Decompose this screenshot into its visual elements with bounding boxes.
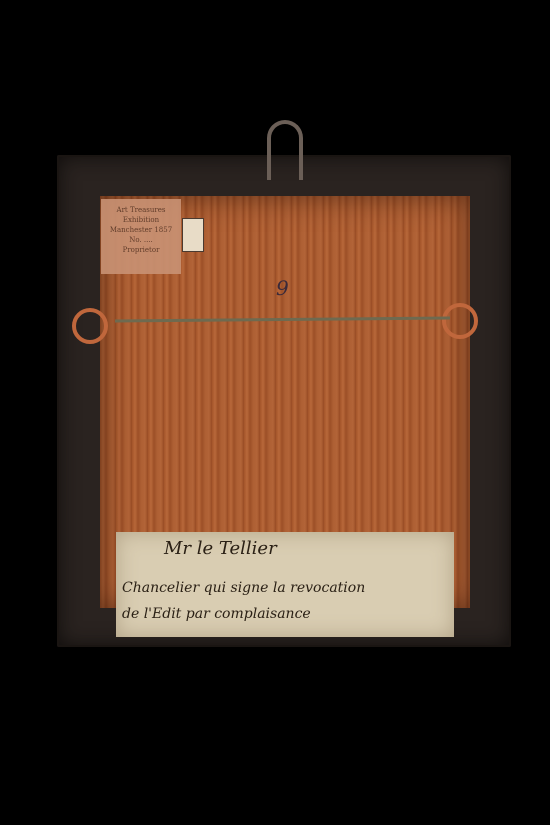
- right-ring-icon: [442, 303, 478, 339]
- hanger-hook-icon: [267, 120, 303, 180]
- note-line: Mr le Tellier: [164, 538, 277, 559]
- label-line: Art Treasures: [101, 205, 181, 215]
- label-line: Exhibition: [101, 215, 181, 225]
- paper-tab: [182, 218, 204, 252]
- handwritten-note: Mr le Tellier Chancelier qui signe la re…: [116, 532, 454, 637]
- inventory-number: 9: [276, 276, 289, 300]
- label-line: Manchester 1857: [101, 225, 181, 235]
- label-line: No. ....: [101, 235, 181, 245]
- left-ring-icon: [72, 308, 108, 344]
- exhibition-label: Art Treasures Exhibition Manchester 1857…: [101, 199, 181, 274]
- label-line: Proprietor: [101, 245, 181, 255]
- note-line: Chancelier qui signe la revocation: [122, 580, 365, 596]
- note-line: de l'Edit par complaisance: [122, 606, 311, 622]
